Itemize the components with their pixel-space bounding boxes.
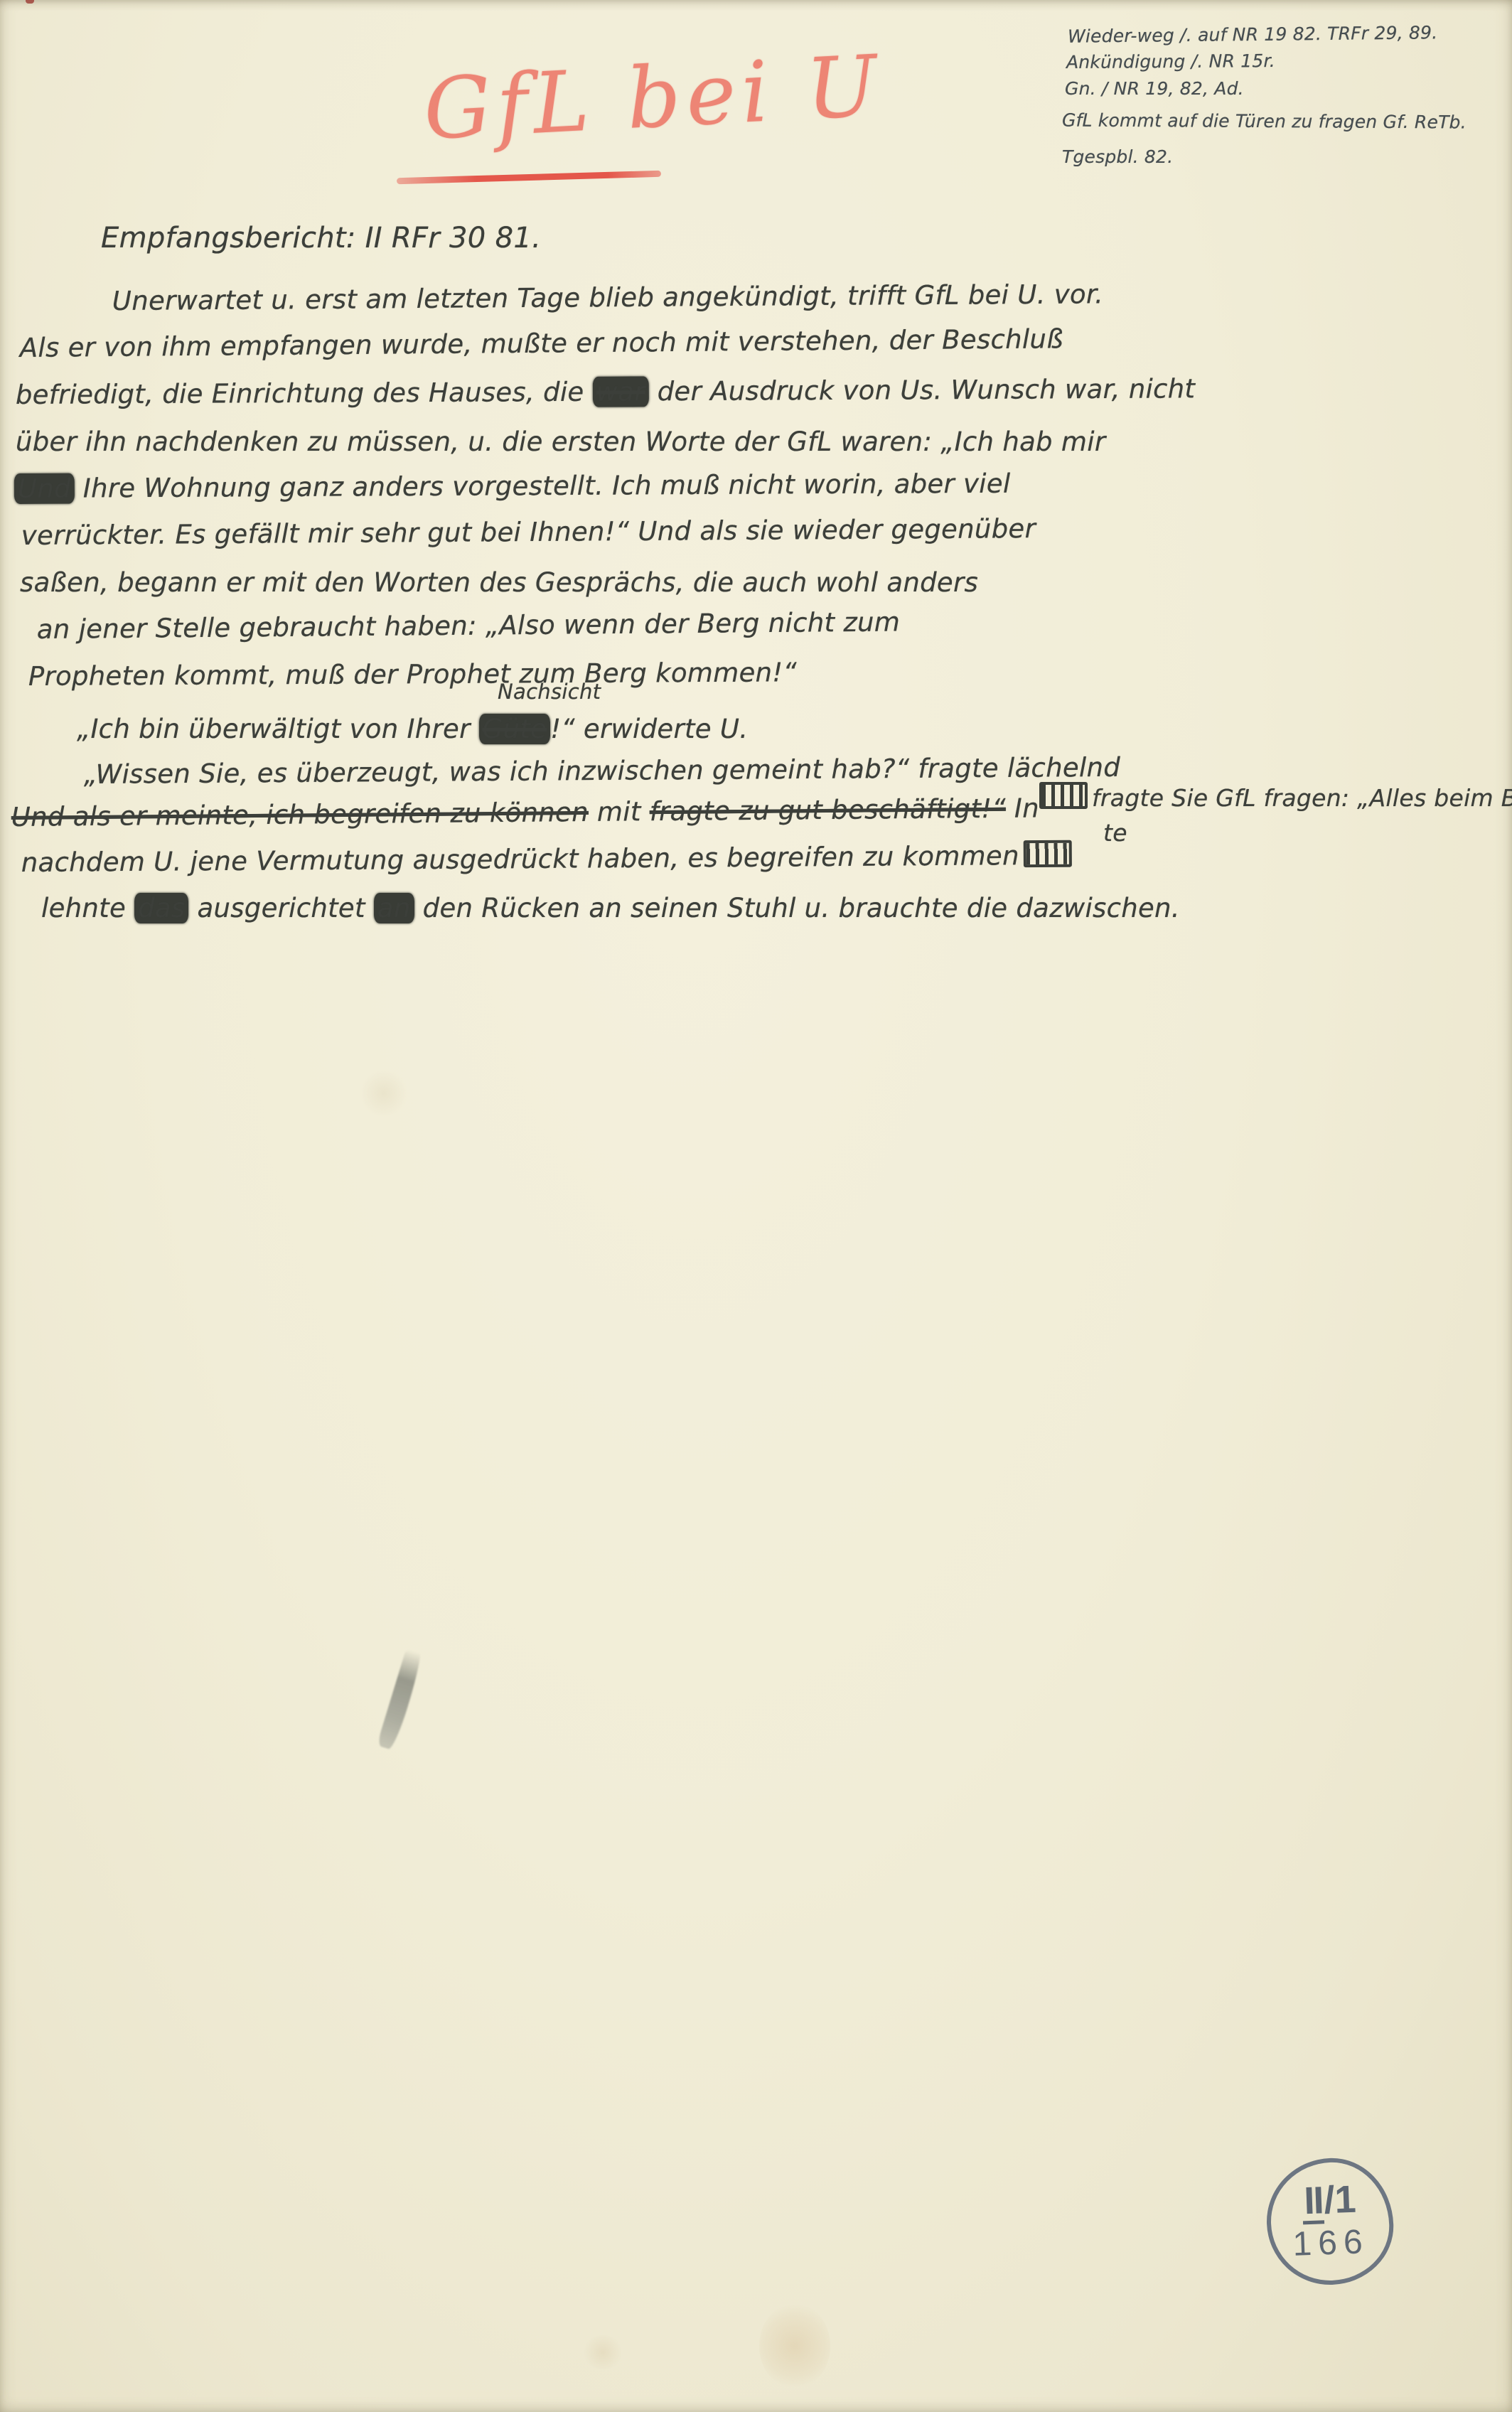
manuscript-line: „Ich bin überwältigt von Ihrer Güte!“ er… [77,714,748,744]
paper-stain [759,2303,830,2389]
manuscript-line: Und Ihre Wohnung ganz anders vorgestellt… [14,468,1011,504]
archive-stamp: II/1 166 [1265,2156,1395,2287]
line-segment: In [1006,793,1039,823]
manuscript-line: „Wissen Sie, es überzeugt, was ich inzwi… [84,752,1120,790]
manuscript-line: an jener Stelle gebraucht haben: „Also w… [37,606,901,645]
corner-note-line: Tgespbl. 82. [1062,146,1173,167]
hatch-symbol [1024,840,1072,867]
pencil-smudge [377,1649,424,1750]
blotted-text: Güte [479,714,551,744]
red-pencil-underline [397,171,661,184]
blotted-text: Und [14,473,75,504]
line-segment: !“ erwiderte U. [550,714,748,744]
corner-note-line: Ankündigung /. NR 15r. [1066,50,1275,73]
line-segment: nachdem U. jene Vermutung ausgedrückt ha… [21,840,1019,878]
red-pencil-title: GfL bei U [422,36,885,159]
line-segment: befriedigt, die Einrichtung des Hauses, … [16,377,593,410]
stamp-slash: /1 [1323,2180,1356,2220]
line-segment: der Ausdruck von Us. Wunsch war, nicht [649,373,1196,407]
margin-note-line: te [1103,819,1127,847]
stamp-shelfmark: II/1 [1302,2180,1357,2225]
struck-text: Und als er meinte, ich begreifen zu könn… [11,797,589,832]
manuscript-line: Als er von ihm empfangen wurde, mußte er… [20,323,1063,363]
stamp-number: 166 [1292,2224,1370,2263]
paper-stain [583,2335,623,2369]
manuscript-page: GfL bei U Wieder-weg /. auf NR 19 82. TR… [0,0,1512,2412]
corner-note-line: GfL kommt auf die Türen zu fragen Gf. Re… [1062,110,1467,133]
struck-text: fragte zu gut beschäftigt!“ [650,793,1007,827]
corner-note-line: Wieder-weg /. auf NR 19 82. TRFr 29, 89. [1068,22,1438,46]
margin-note-line: fragte Sie GfL fragen: „Alles beim Berg!… [1039,782,1512,812]
line-segment: lehnte [41,893,134,923]
line-segment: den Rücken an seinen Stuhl u. brauchte d… [414,893,1180,923]
manuscript-line: lehnte das ausgerichtet an den Rücken an… [41,893,1180,923]
paper-stain [359,1070,409,1117]
manuscript-line: Propheten kommt, muß der Prophet zum Ber… [28,657,797,692]
corner-note-line: Gn. / NR 19, 82, Ad. [1065,78,1244,99]
line-segment: fragte Sie GfL fragen: „Alles beim Berg!… [1092,784,1512,812]
blotted-text: an [374,893,414,923]
edge-speck [26,0,34,4]
line-segment: „Ich bin überwältigt von Ihrer [77,714,479,744]
manuscript-line: saßen, begann er mit den Worten des Gesp… [20,567,978,598]
manuscript-line: befriedigt, die Einrichtung des Hauses, … [16,373,1196,410]
interlinear-insertion: Nachsicht [498,680,601,704]
manuscript-line: verrückter. Es gefällt mir sehr gut bei … [21,513,1036,551]
hatch-symbol [1039,782,1088,809]
manuscript-line: über ihn nachdenken zu müssen, u. die er… [16,427,1105,457]
line-segment: ausgerichtet [188,893,373,923]
manuscript-line: Und als er meinte, ich begreifen zu könn… [11,793,1039,832]
body-heading-line: Empfangsbericht: II RFr 30 81. [101,222,541,254]
manuscript-line: Unerwartet u. erst am letzten Tage blieb… [112,279,1104,316]
manuscript-line: nachdem U. jene Vermutung ausgedrückt ha… [21,840,1076,878]
stamp-roman-numeral: II [1302,2181,1325,2224]
line-segment: Ihre Wohnung ganz anders vorgestellt. Ic… [75,468,1011,504]
blotted-text: das [134,893,188,923]
line-segment: mit [589,796,650,827]
blotted-text: war [592,376,648,407]
